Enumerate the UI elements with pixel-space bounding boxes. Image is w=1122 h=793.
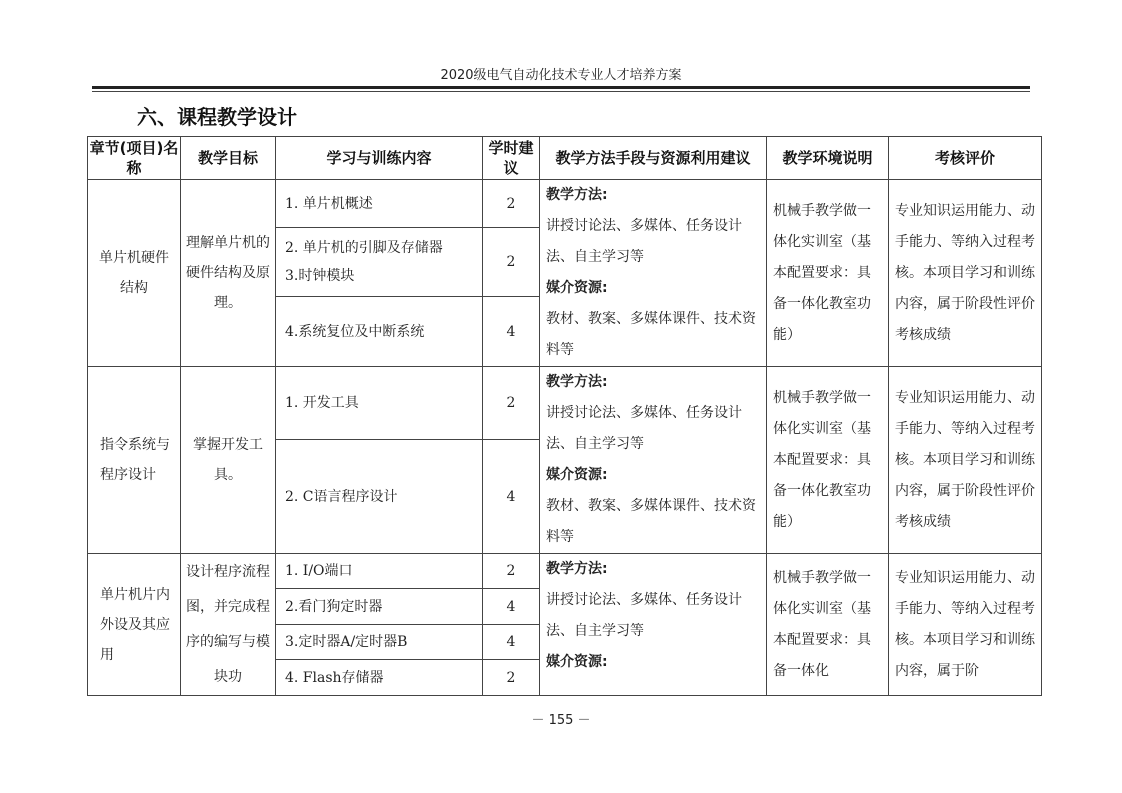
environment-description: 机械手教学做一体化实训室（基本配置要求：具备一体化教室功能） bbox=[767, 367, 889, 554]
teaching-goal: 掌握开发工具。 bbox=[181, 367, 276, 554]
running-header-title: 2020级电气自动化技术专业人才培养方案 bbox=[0, 64, 1122, 83]
chapter-name: 单片机硬件结构 bbox=[88, 180, 181, 367]
col-header-environment: 教学环境说明 bbox=[767, 137, 889, 180]
method-cell: 教学方法: 讲授讨论法、多媒体、任务设计法、自主学习等 媒介资源: 教材、教案、… bbox=[540, 367, 767, 554]
header-rule-thin bbox=[92, 91, 1030, 92]
method-text: 讲授讨论法、多媒体、任务设计法、自主学习等 bbox=[546, 585, 760, 647]
col-header-evaluation: 考核评价 bbox=[889, 137, 1042, 180]
topic-hours: 2 bbox=[483, 554, 540, 589]
col-header-method: 教学方法手段与资源利用建议 bbox=[540, 137, 767, 180]
method-text: 讲授讨论法、多媒体、任务设计法、自主学习等 bbox=[546, 211, 760, 273]
table-row: 指令系统与程序设计 掌握开发工具。 1. 开发工具 2 教学方法: 讲授讨论法、… bbox=[88, 367, 1042, 440]
topic-content: 1. I/O端口 bbox=[276, 554, 483, 589]
method-cell: 教学方法: 讲授讨论法、多媒体、任务设计法、自主学习等 媒介资源: bbox=[540, 554, 767, 696]
method-label: 教学方法: bbox=[546, 367, 760, 398]
evaluation-description: 专业知识运用能力、动手能力、等纳入过程考核。本项目学习和训练内容，属于阶段性评价… bbox=[889, 180, 1042, 367]
table-row: 单片机片内外设及其应用 设计程序流程图，并完成程序的编写与模块功 1. I/O端… bbox=[88, 554, 1042, 589]
topic-content: 4. Flash存储器 bbox=[276, 660, 483, 696]
teaching-goal: 理解单片机的硬件结构及原理。 bbox=[181, 180, 276, 367]
topic-content: 4.系统复位及中断系统 bbox=[276, 297, 483, 367]
topic-content: 2. 单片机的引脚及存储器 3.时钟模块 bbox=[276, 228, 483, 297]
topic-hours: 2 bbox=[483, 228, 540, 297]
environment-description: 机械手教学做一体化实训室（基本配置要求：具备一体化教室功能） bbox=[767, 180, 889, 367]
method-label: 教学方法: bbox=[546, 180, 760, 211]
environment-description: 机械手教学做一体化实训室（基本配置要求：具备一体化 bbox=[767, 554, 889, 696]
section-title: 六、课程教学设计 bbox=[137, 101, 297, 130]
media-label: 媒介资源: bbox=[546, 273, 760, 304]
topic-content: 1. 开发工具 bbox=[276, 367, 483, 440]
topic-content: 1. 单片机概述 bbox=[276, 180, 483, 228]
media-label: 媒介资源: bbox=[546, 647, 760, 678]
topic-hours: 2 bbox=[483, 367, 540, 440]
media-text: 教材、教案、多媒体课件、技术资料等 bbox=[546, 491, 760, 553]
method-cell: 教学方法: 讲授讨论法、多媒体、任务设计法、自主学习等 媒介资源: 教材、教案、… bbox=[540, 180, 767, 367]
evaluation-description: 专业知识运用能力、动手能力、等纳入过程考核。本项目学习和训练内容，属于阶段性评价… bbox=[889, 367, 1042, 554]
header-rule bbox=[92, 86, 1030, 89]
page-number: － 155 － bbox=[0, 709, 1122, 728]
col-header-goal: 教学目标 bbox=[181, 137, 276, 180]
col-header-content: 学习与训练内容 bbox=[276, 137, 483, 180]
evaluation-description: 专业知识运用能力、动手能力、等纳入过程考核。本项目学习和训练内容，属于阶 bbox=[889, 554, 1042, 696]
method-label: 教学方法: bbox=[546, 554, 760, 585]
teaching-goal: 设计程序流程图，并完成程序的编写与模块功 bbox=[181, 554, 276, 696]
col-header-chapter: 章节(项目)名称 bbox=[88, 137, 181, 180]
topic-hours: 4 bbox=[483, 297, 540, 367]
course-design-table: 章节(项目)名称 教学目标 学习与训练内容 学时建议 教学方法手段与资源利用建议… bbox=[87, 136, 1042, 696]
topic-content: 3.定时器A/定时器B bbox=[276, 625, 483, 660]
topic-hours: 2 bbox=[483, 660, 540, 696]
media-text: 教材、教案、多媒体课件、技术资料等 bbox=[546, 304, 760, 366]
method-text: 讲授讨论法、多媒体、任务设计法、自主学习等 bbox=[546, 398, 760, 460]
topic-content: 2. C语言程序设计 bbox=[276, 440, 483, 554]
table-row: 单片机硬件结构 理解单片机的硬件结构及原理。 1. 单片机概述 2 教学方法: … bbox=[88, 180, 1042, 228]
topic-hours: 4 bbox=[483, 625, 540, 660]
chapter-name: 单片机片内外设及其应用 bbox=[88, 554, 181, 696]
topic-content: 2.看门狗定时器 bbox=[276, 589, 483, 625]
topic-hours: 2 bbox=[483, 180, 540, 228]
media-label: 媒介资源: bbox=[546, 460, 760, 491]
chapter-name: 指令系统与程序设计 bbox=[88, 367, 181, 554]
topic-hours: 4 bbox=[483, 440, 540, 554]
topic-hours: 4 bbox=[483, 589, 540, 625]
col-header-hours: 学时建议 bbox=[483, 137, 540, 180]
table-header-row: 章节(项目)名称 教学目标 学习与训练内容 学时建议 教学方法手段与资源利用建议… bbox=[88, 137, 1042, 180]
